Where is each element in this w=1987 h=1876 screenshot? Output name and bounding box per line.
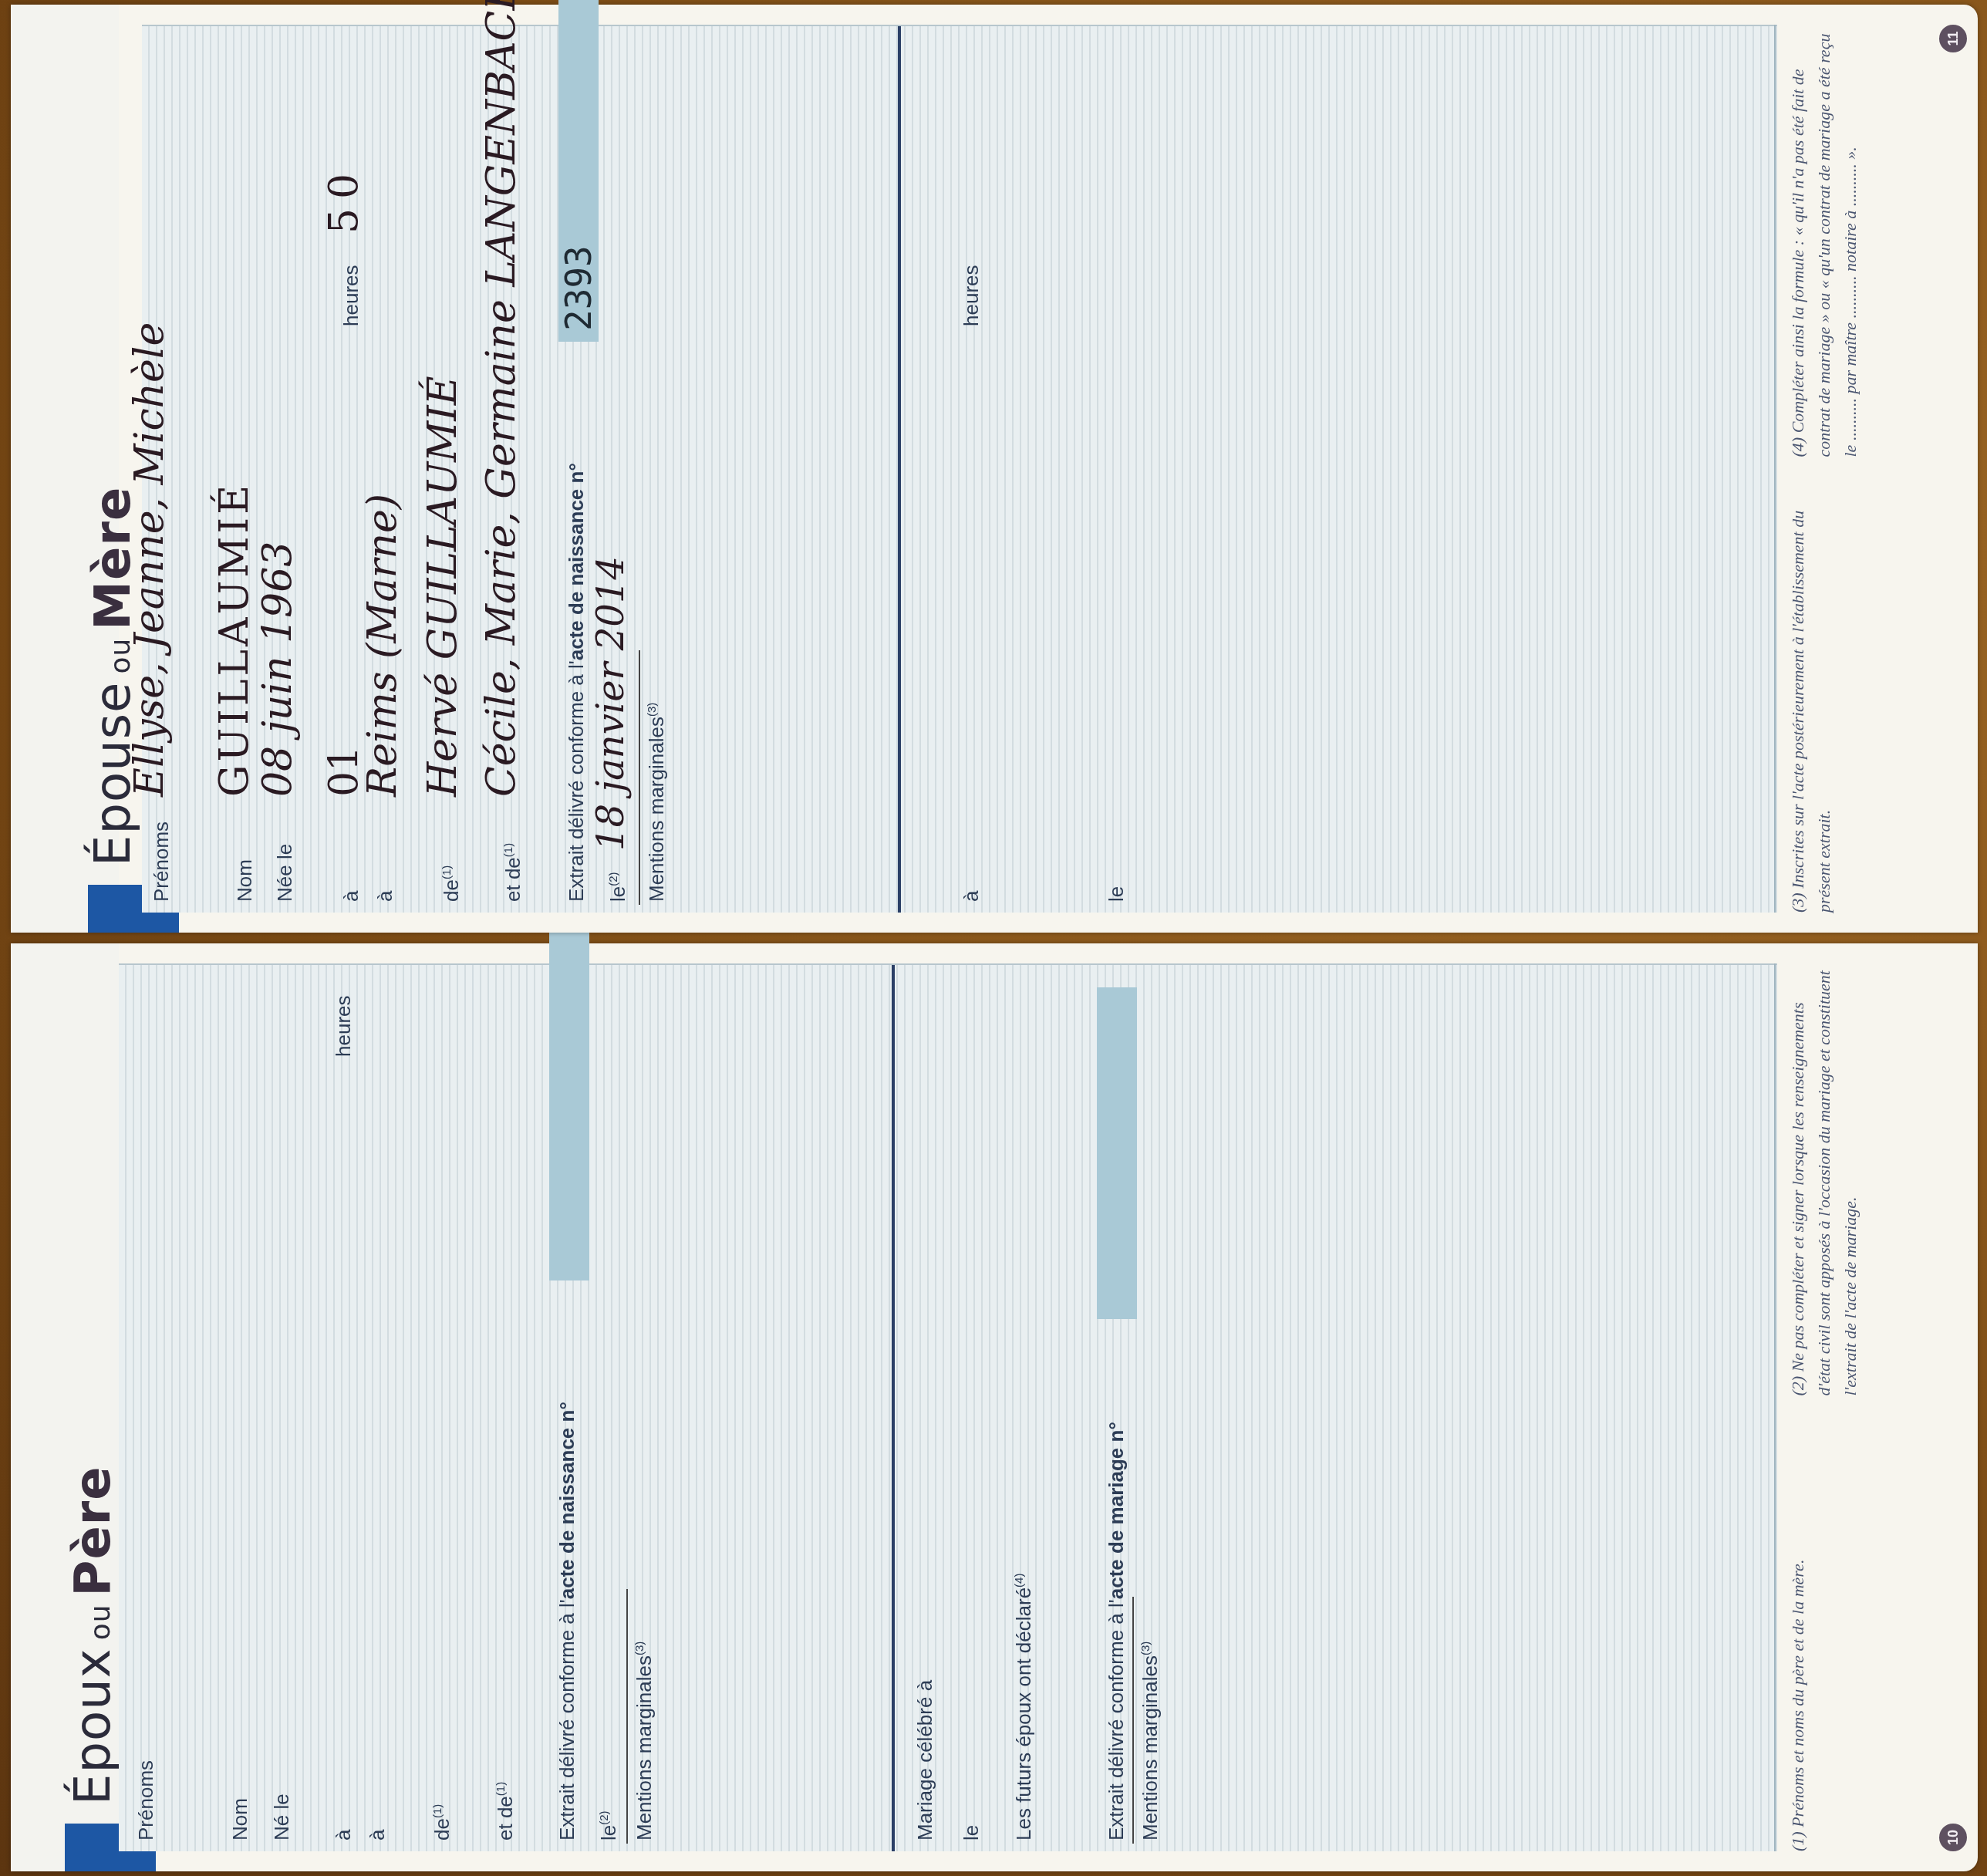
footnote-1: (1) Prénoms et noms du père et de la mèr… bbox=[1785, 1419, 1931, 1852]
form-area: Prénoms Ellyse, Jeanne, Michèle Nom GUIL… bbox=[142, 25, 1777, 913]
footnote-2: (2) Ne pas compléter et signer lorsque l… bbox=[1785, 963, 1931, 1396]
label-de: de(1) bbox=[430, 1804, 454, 1841]
label-mariage-heures: heures bbox=[960, 265, 983, 327]
label-mentions-mariage: Mentions marginales(3) bbox=[1139, 1641, 1162, 1841]
value-mere[interactable]: Cécile, Marie, Germaine LANGENBACH bbox=[478, 0, 525, 797]
label-mentions-marginales: Mentions marginales(3) bbox=[633, 1641, 656, 1841]
page-number-badge: 10 bbox=[1939, 1824, 1967, 1851]
label-nee-le: Née le bbox=[273, 844, 297, 902]
value-minutes[interactable]: 50 bbox=[321, 164, 367, 234]
title-prefix: Époux bbox=[65, 1648, 122, 1805]
footnote-4: (4) Compléter ainsi la formule : « qu'il… bbox=[1785, 25, 1931, 457]
label-heures: heures bbox=[332, 996, 356, 1058]
value-acte-numero: 2393 bbox=[558, 245, 599, 342]
label-futurs-epoux: Les futurs époux ont déclaré(4) bbox=[1012, 1574, 1036, 1841]
label-a-heure: à bbox=[332, 1830, 356, 1841]
value-lieu[interactable]: Reims (Marne) bbox=[359, 494, 406, 797]
page-epouse-mere: ÉpouseouMère Prénoms Ellyse, Jeanne, Mic… bbox=[11, 5, 1978, 933]
label-prenoms: Prénoms bbox=[150, 822, 174, 902]
footnotes: (3) Inscrites sur l'acte postérieurement… bbox=[1774, 25, 1931, 913]
label-ne-le: Né le bbox=[270, 1793, 294, 1841]
label-mariage-celebre: Mariage célébré à bbox=[913, 1680, 937, 1841]
label-heures: heures bbox=[339, 265, 363, 327]
label-mariage-le: le bbox=[1105, 886, 1128, 902]
value-prenoms[interactable]: Ellyse, Jeanne, Michèle bbox=[127, 322, 173, 797]
label-extrait-mariage: Extrait délivré conforme à l'acte de mar… bbox=[1105, 1422, 1128, 1841]
label-a-heure: à bbox=[339, 891, 363, 902]
label-et-de: et de(1) bbox=[494, 1782, 518, 1841]
form-area: Prénoms Nom Né le à heures à de(1) et de… bbox=[119, 963, 1777, 1851]
underline-rule bbox=[1132, 1597, 1134, 1844]
value-nom[interactable]: GUILLAUMIÉ bbox=[211, 482, 258, 797]
acte-number-box[interactable] bbox=[549, 926, 589, 1280]
section-divider bbox=[892, 965, 895, 1851]
label-de: de(1) bbox=[440, 865, 464, 902]
value-pere[interactable]: Hervé GUILLAUMIÉ bbox=[420, 376, 466, 797]
value-date-extrait[interactable]: 18 janvier 2014 bbox=[589, 556, 633, 851]
section-divider bbox=[898, 26, 901, 913]
footnotes: (1) Prénoms et noms du père et de la mèr… bbox=[1774, 963, 1931, 1851]
value-nee-le[interactable]: 08 juin 1963 bbox=[255, 542, 301, 797]
page-epoux-pere: ÉpouxouPère Prénoms Nom Né le à heures à… bbox=[11, 943, 1978, 1871]
page-title: ÉpouxouPère bbox=[65, 1466, 122, 1805]
label-nom: Nom bbox=[228, 1798, 252, 1841]
label-a-lieu: à bbox=[366, 1830, 390, 1841]
label-nom: Nom bbox=[233, 859, 257, 902]
label-le-extrait: le(2) bbox=[606, 872, 630, 902]
label-extrait-naissance: Extrait délivré conforme à l'acte de nai… bbox=[565, 463, 589, 902]
label-a-lieu: à bbox=[373, 891, 397, 902]
title-main: Père bbox=[65, 1466, 122, 1596]
label-prenoms: Prénoms bbox=[134, 1760, 158, 1841]
rotated-document-stage: ÉpouxouPère Prénoms Nom Né le à heures à… bbox=[0, 0, 1987, 1876]
label-extrait-naissance: Extrait délivré conforme à l'acte de nai… bbox=[555, 1402, 579, 1841]
label-le-extrait: le(2) bbox=[597, 1810, 621, 1841]
label-mentions-marginales: Mentions marginales(3) bbox=[645, 703, 669, 902]
title-ou: ou bbox=[85, 1604, 116, 1641]
label-et-de: et de(1) bbox=[501, 843, 525, 902]
page-number-badge: 11 bbox=[1939, 25, 1967, 52]
label-mariage-le: le bbox=[960, 1825, 983, 1841]
underline-rule bbox=[639, 650, 640, 905]
underline-rule bbox=[626, 1589, 628, 1844]
mariage-number-box[interactable] bbox=[1097, 987, 1137, 1319]
footnote-3: (3) Inscrites sur l'acte postérieurement… bbox=[1785, 481, 1931, 913]
acte-number-box[interactable]: 2393 bbox=[558, 0, 599, 342]
livret-de-famille-spread: ÉpouxouPère Prénoms Nom Né le à heures à… bbox=[11, 5, 1978, 1871]
label-mariage-a: à bbox=[960, 891, 983, 902]
